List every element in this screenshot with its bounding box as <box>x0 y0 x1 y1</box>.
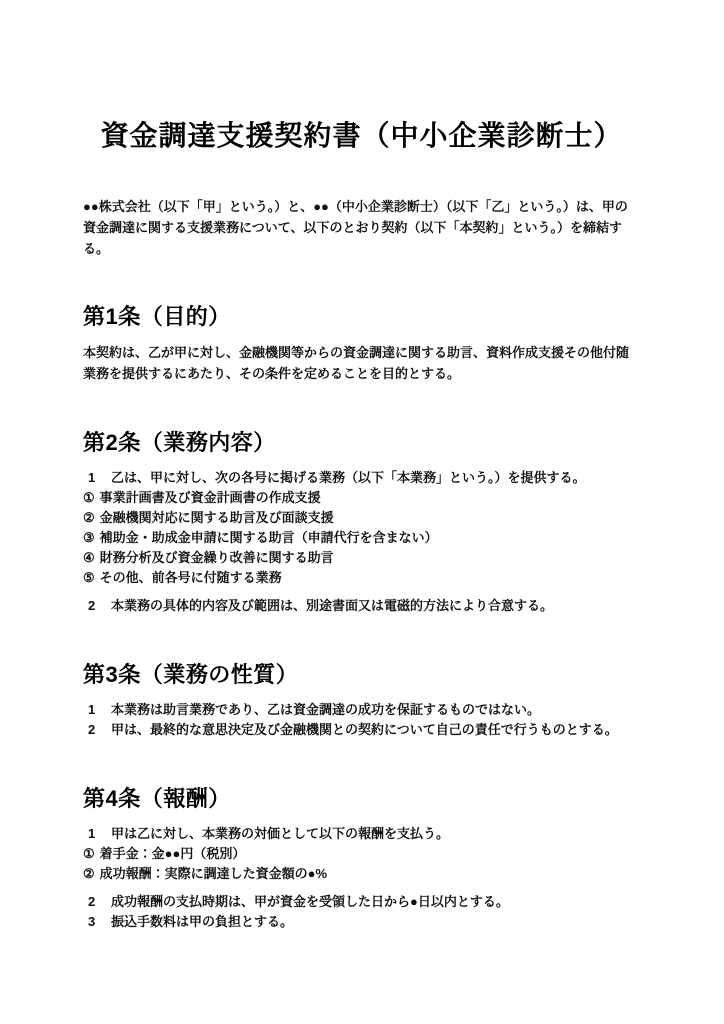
contract-title: 資金調達支援契約書（中小企業診断士） <box>83 118 640 154</box>
contract-clause: 1甲は乙に対し、本業務の対価として以下の報酬を支払う。 <box>83 824 640 844</box>
article-heading: 第2条（業務内容） <box>83 428 640 458</box>
contract-list-item: ②金融機関対応に関する助言及び面談支援 <box>83 508 640 528</box>
article-heading: 第1条（目的） <box>83 302 640 332</box>
contract-clause: 2成功報酬の支払時期は、甲が資金を受領した日から●日以内とする。 <box>83 892 640 912</box>
clause-text: 乙は、甲に対し、次の各号に掲げる業務（以下「本業務」という。）を提供する。 <box>111 470 586 485</box>
article-1-purpose: 第1条（目的） 本契約は、乙が甲に対し、金融機関等からの資金調達に関する助言、資… <box>83 302 640 384</box>
article-2-scope-of-services: 第2条（業務内容） 1乙は、甲に対し、次の各号に掲げる業務（以下「本業務」という… <box>83 428 640 616</box>
article-3-nature-of-services: 第3条（業務の性質） 1本業務は助言業務であり、乙は資金調達の成功を保証するもの… <box>83 660 640 740</box>
article-body: 本契約は、乙が甲に対し、金融機関等からの資金調達に関する助言、資料作成支援その他… <box>83 342 640 384</box>
item-text: 金融機関対応に関する助言及び面談支援 <box>100 510 334 525</box>
clause-number: 1 <box>83 824 105 844</box>
clause-number: 2 <box>83 720 105 740</box>
circled-number: ① <box>83 844 95 864</box>
contract-list-item: ①事業計画書及び資金計画書の作成支援 <box>83 488 640 508</box>
clause-text: 本業務の具体的内容及び範囲は、別途書面又は電磁的方法により合意する。 <box>111 598 553 613</box>
contract-document-page: 資金調達支援契約書（中小企業診断士） ●●株式会社（以下「甲」という。）と、●●… <box>0 0 724 1024</box>
clause-number: 2 <box>83 596 105 616</box>
circled-number: ② <box>83 864 95 884</box>
clause-number: 2 <box>83 892 105 912</box>
circled-number: ① <box>83 488 95 508</box>
circled-number: ② <box>83 508 95 528</box>
item-text: 成功報酬：実際に調達した資金額の●% <box>100 866 327 881</box>
contract-list-item: ②成功報酬：実際に調達した資金額の●% <box>83 864 640 884</box>
circled-number: ④ <box>83 548 95 568</box>
intro-paragraph: ●●株式会社（以下「甲」という。）と、●●（中小企業診断士）（以下「乙」という。… <box>83 196 640 259</box>
contract-list-item: ④財務分析及び資金繰り改善に関する助言 <box>83 548 640 568</box>
item-text: その他、前各号に付随する業務 <box>100 570 282 585</box>
item-text: 着手金：金●●円（税別） <box>100 846 246 861</box>
contract-clause: 1乙は、甲に対し、次の各号に掲げる業務（以下「本業務」という。）を提供する。 <box>83 468 640 488</box>
blank-line <box>83 884 640 892</box>
clause-text: 振込手数料は甲の負担とする。 <box>111 914 293 929</box>
clause-number: 3 <box>83 912 105 932</box>
contract-list-item: ⑤その他、前各号に付随する業務 <box>83 568 640 588</box>
contract-clause: 3振込手数料は甲の負担とする。 <box>83 912 640 932</box>
item-text: 事業計画書及び資金計画書の作成支援 <box>100 490 321 505</box>
article-4-remuneration: 第4条（報酬） 1甲は乙に対し、本業務の対価として以下の報酬を支払う。 ①着手金… <box>83 784 640 932</box>
clause-text: 本業務は助言業務であり、乙は資金調達の成功を保証するものではない。 <box>111 702 540 717</box>
circled-number: ③ <box>83 528 95 548</box>
blank-line <box>83 588 640 596</box>
contract-clause: 2本業務の具体的内容及び範囲は、別途書面又は電磁的方法により合意する。 <box>83 596 640 616</box>
article-heading: 第4条（報酬） <box>83 784 640 814</box>
clause-number: 1 <box>83 468 105 488</box>
contract-clause: 2甲は、最終的な意思決定及び金融機関との契約について自己の責任で行うものとする。 <box>83 720 640 740</box>
item-text: 財務分析及び資金繰り改善に関する助言 <box>100 550 334 565</box>
contract-clause: 1本業務は助言業務であり、乙は資金調達の成功を保証するものではない。 <box>83 700 640 720</box>
circled-number: ⑤ <box>83 568 95 588</box>
clause-text: 成功報酬の支払時期は、甲が資金を受領した日から●日以内とする。 <box>111 894 509 909</box>
clause-number: 1 <box>83 700 105 720</box>
clause-text: 甲は、最終的な意思決定及び金融機関との契約について自己の責任で行うものとする。 <box>111 722 618 737</box>
contract-list-item: ③補助金・助成金申請に関する助言（申請代行を含まない） <box>83 528 640 548</box>
article-heading: 第3条（業務の性質） <box>83 660 640 690</box>
contract-list-item: ①着手金：金●●円（税別） <box>83 844 640 864</box>
item-text: 補助金・助成金申請に関する助言（申請代行を含まない） <box>100 530 438 545</box>
clause-text: 甲は乙に対し、本業務の対価として以下の報酬を支払う。 <box>111 826 449 841</box>
